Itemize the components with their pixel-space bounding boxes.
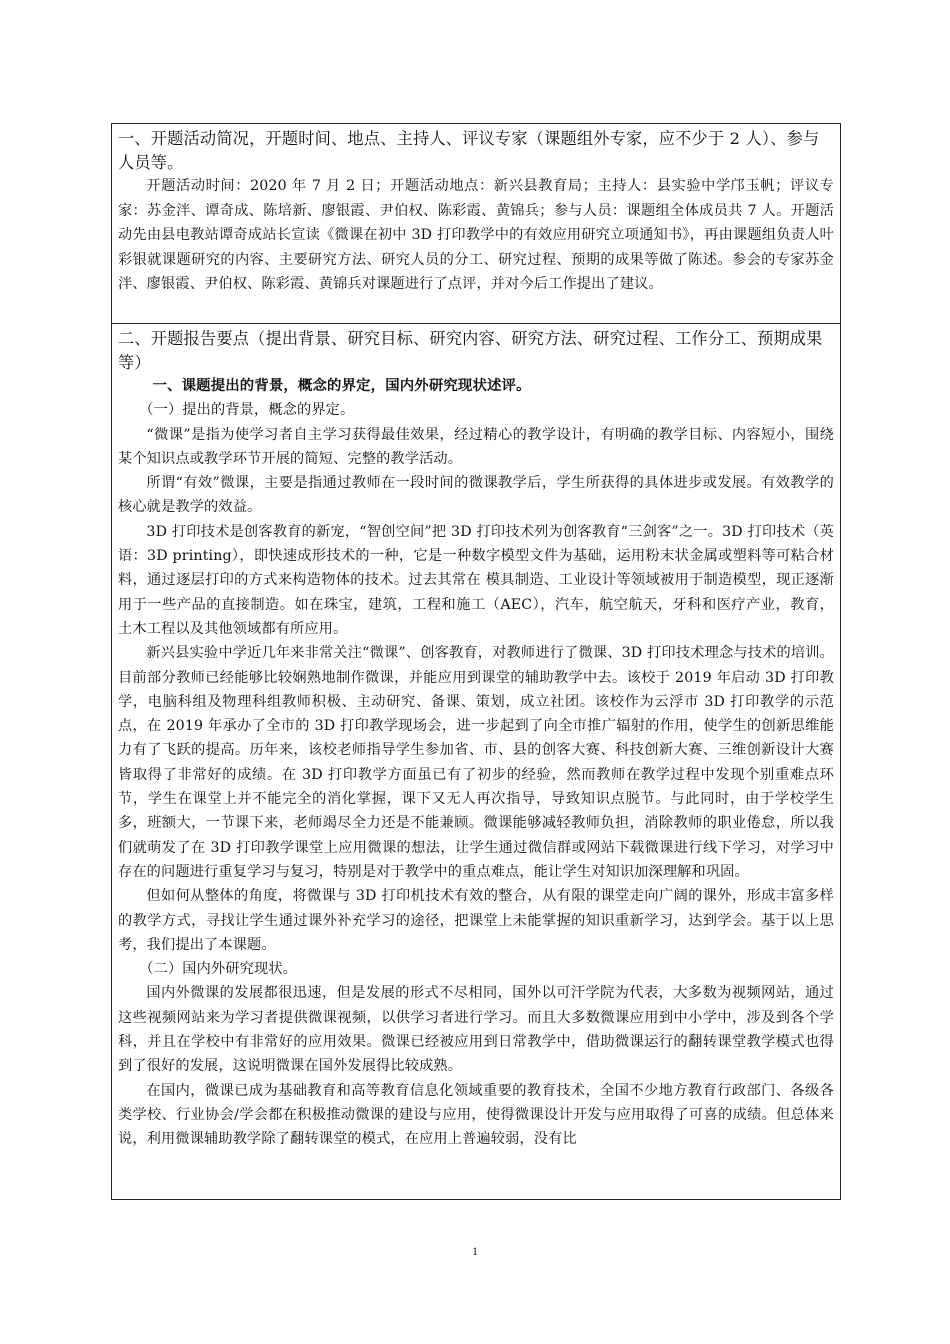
- paragraph-effective-definition: 所谓“有效”微课，主要是指通过教师在一段时间的微课教学后，学生所获得的具体进步或…: [118, 471, 834, 520]
- report-points-cell: 二、开题报告要点（提出背景、研究目标、研究内容、研究方法、研究过程、工作分工、预…: [112, 323, 840, 1199]
- paragraph-school-background: 新兴县实验中学近几年来非常关注“微课”、创客教育，对教师进行了微课、3D 打印技…: [118, 641, 834, 884]
- report-table: 一、开题活动简况，开题时间、地点、主持人、评议专家（课题组外专家，应不少于 2 …: [111, 123, 841, 1200]
- paragraph-3d-printing: 3D 打印技术是创客教育的新宠，“智创空间”把 3D 打印技术列为创客教育“三剑…: [118, 520, 834, 641]
- activity-overview-cell: 一、开题活动简况，开题时间、地点、主持人、评议专家（课题组外专家，应不少于 2 …: [112, 124, 840, 323]
- subheading-background: （一）提出的背景，概念的界定。: [118, 398, 834, 422]
- paragraph-microlesson-definition: “微课”是指为使学习者自主学习获得最佳效果，经过精心的教学设计，有明确的教学目标…: [118, 423, 834, 472]
- section1-heading: 一、开题活动简况，开题时间、地点、主持人、评议专家（课题组外专家，应不少于 2 …: [118, 127, 834, 174]
- background-bold-heading: 一、课题提出的背景，概念的界定，国内外研究现状述评。: [118, 374, 834, 398]
- section2-heading: 二、开题报告要点（提出背景、研究目标、研究内容、研究方法、研究过程、工作分工、预…: [118, 327, 834, 374]
- page-number: 1: [0, 1244, 950, 1259]
- subheading-research-status: （二）国内外研究现状。: [118, 957, 834, 981]
- paragraph-domestic-status: 在国内，微课已成为基础教育和高等教育信息化领域重要的教育技术，全国不少地方教育行…: [118, 1079, 834, 1152]
- paragraph-foreign-status: 国内外微课的发展都很迅速，但是发展的形式不尽相同，国外以可汗学院为代表，大多数为…: [118, 981, 834, 1078]
- activity-details-paragraph: 开题活动时间：2020 年 7 月 2 日；开题活动地点：新兴县教育局；主持人：…: [118, 174, 834, 297]
- paragraph-research-motivation: 但如何从整体的角度，将微课与 3D 打印机技术有效的整合，从有限的课堂走向广阔的…: [118, 884, 834, 957]
